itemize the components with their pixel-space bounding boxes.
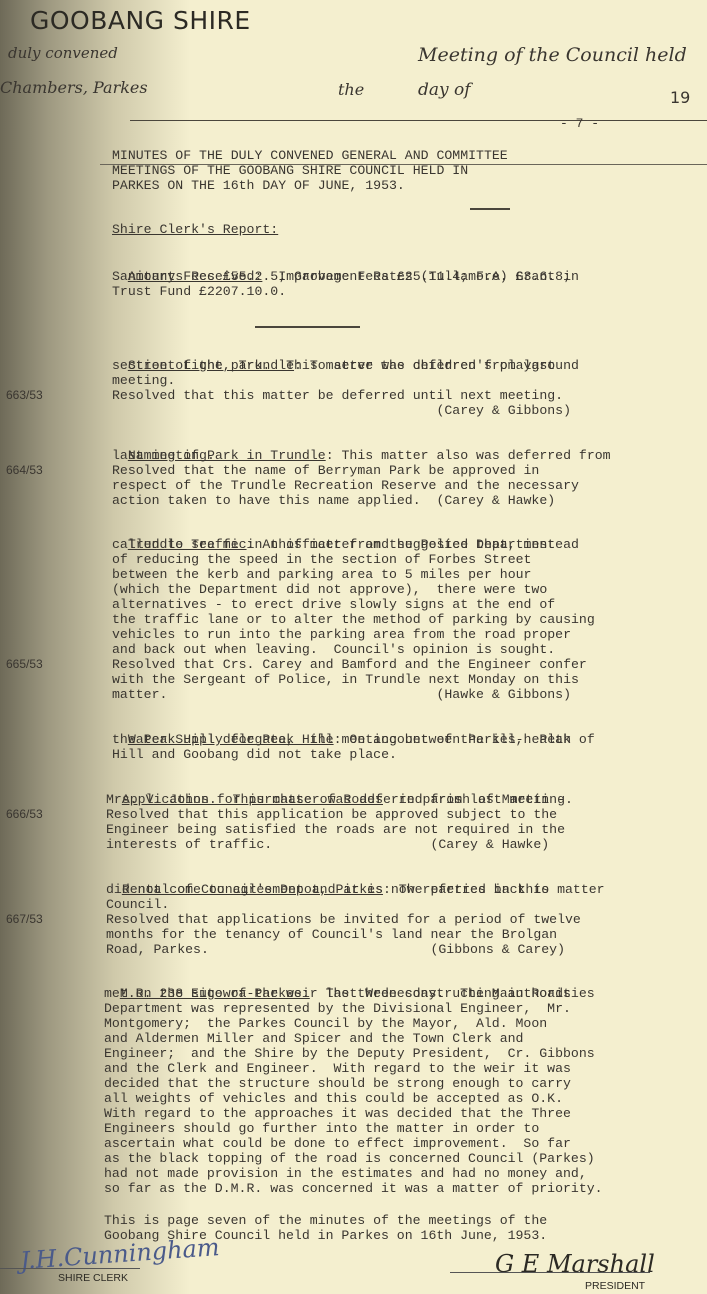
letterhead-right-line1: Meeting of the Council held: [418, 44, 687, 66]
minutes-heading-line1: MINUTES OF THE DULY CONVENED GENERAL AND…: [112, 148, 508, 163]
item-line: action taken to have this name applied. …: [112, 493, 555, 508]
letterhead-left-line2: Chambers, Parkes: [0, 78, 148, 97]
item-line: Resolved that this matter be deferred un…: [112, 388, 563, 403]
item-line: had not made provision in the estimates …: [104, 1166, 587, 1181]
item-line: called to see me in this matter and sugg…: [112, 537, 579, 552]
item-line: and the Clerk and Engineer. With regard …: [104, 1061, 571, 1076]
clerk-label: SHIRE CLERK: [58, 1272, 128, 1284]
item-line: Road, Parkes. (Gibbons & Carey): [106, 942, 565, 957]
item-line: Resolved that applications be invited fo…: [106, 912, 581, 927]
item-line: ascertain what could be done to effect i…: [104, 1136, 571, 1151]
item-line: interests of traffic. (Carey & Hawke): [106, 837, 549, 852]
item-line: so far as the D.M.R. was concerned it wa…: [104, 1181, 603, 1196]
amounts-line2: Sanitary Fees £55.2.5; Garbage Fees £25.…: [112, 269, 579, 284]
item-line: matter. (Hawke & Gibbons): [112, 687, 571, 702]
president-label: PRESIDENT: [585, 1280, 645, 1292]
report-title: Shire Clerk's Report:: [112, 222, 278, 237]
president-signature: G E Marshall: [495, 1250, 655, 1278]
item-line: of reducing the speed in the section of …: [112, 552, 531, 567]
item-line: the Peak Hill delegate, the meeting betw…: [112, 732, 571, 747]
item-line: alternatives - to erect drive slowly sig…: [112, 597, 555, 612]
item-line: section of the park. This matter was def…: [112, 358, 555, 373]
item-line: between the kerb and parking area to 5 m…: [112, 567, 531, 582]
item-line: met on the site of the weir last Wednesd…: [104, 986, 571, 1001]
letterhead-right-line2: day of: [418, 80, 471, 100]
item-line: Hill and Goobang did not take place.: [112, 747, 397, 762]
item-line: all weights of vehicles and this could b…: [104, 1091, 563, 1106]
resolution-number: 667/53: [6, 912, 43, 926]
letterhead-year: 19: [670, 88, 690, 107]
item-line: as the black topping of the road is conc…: [104, 1151, 595, 1166]
item-line: and back out when leaving. Council's opi…: [112, 642, 555, 657]
item-line: with the Sergeant of Police, in Trundle …: [112, 672, 579, 687]
page-number: - 7 -: [560, 116, 599, 131]
clerk-signature-line: [0, 1268, 140, 1269]
item-line: Engineers should go further into the mat…: [104, 1121, 539, 1136]
amounts-line3: Trust Fund £2207.10.0.: [112, 284, 286, 299]
item-line: (Carey & Gibbons): [112, 403, 571, 418]
section-divider: [470, 208, 510, 210]
item-line: and Aldermen Miller and Spicer and the T…: [104, 1031, 523, 1046]
letterhead-title: GOOBANG SHIRE: [30, 6, 251, 35]
minutes-heading-line3: PARKES ON THE 16th DAY OF JUNE, 1953.: [112, 178, 405, 193]
item-line: Resolved that the name of Berryman Park …: [112, 463, 539, 478]
item-line: Resolved that this application be approv…: [106, 807, 557, 822]
strike-rule: [100, 164, 707, 165]
resolution-number: 665/53: [6, 657, 43, 671]
closing-line1: This is page seven of the minutes of the…: [104, 1213, 547, 1228]
section-divider-2: [255, 326, 360, 328]
letterhead-the: the: [338, 80, 364, 99]
item-line: last meeting.: [112, 448, 215, 463]
item-line: Council.: [106, 897, 169, 912]
item-line: Department was represented by the Divisi…: [104, 1001, 571, 1016]
item-line: Engineer being satisfied the roads are n…: [106, 822, 565, 837]
item-line: months for the tenancy of Council's land…: [106, 927, 557, 942]
president-signature-line: [450, 1272, 650, 1273]
item-line: Engineer; and the Shire by the Deputy Pr…: [104, 1046, 595, 1061]
item-line: respect of the Trundle Recreation Reserv…: [112, 478, 579, 493]
item-line: Mrs. V. Johns. This matter was deferred …: [106, 792, 573, 807]
item-line: decided that the structure should be str…: [104, 1076, 571, 1091]
item-line: Resolved that Crs. Carey and Bamford and…: [112, 657, 587, 672]
item-line: (which the Department did not approve), …: [112, 582, 547, 597]
item-line: meeting.: [112, 373, 175, 388]
letterhead-left-line1: duly convened: [8, 44, 118, 62]
resolution-number: 663/53: [6, 388, 43, 402]
minutes-heading-line2: MEETINGS OF THE GOOBANG SHIRE COUNCIL HE…: [112, 163, 468, 178]
item-line: vehicles to run into the parking area fr…: [112, 627, 571, 642]
item-line: did not come to agreement and it is now …: [106, 882, 549, 897]
resolution-number: 666/53: [6, 807, 43, 821]
item-line: Montgomery; the Parkes Council by the Ma…: [104, 1016, 547, 1031]
header-rule: [130, 120, 707, 121]
item-line: With regard to the approaches it was dec…: [104, 1106, 571, 1121]
item-line: the traffic lane or to alter the method …: [112, 612, 595, 627]
resolution-number: 664/53: [6, 463, 43, 477]
